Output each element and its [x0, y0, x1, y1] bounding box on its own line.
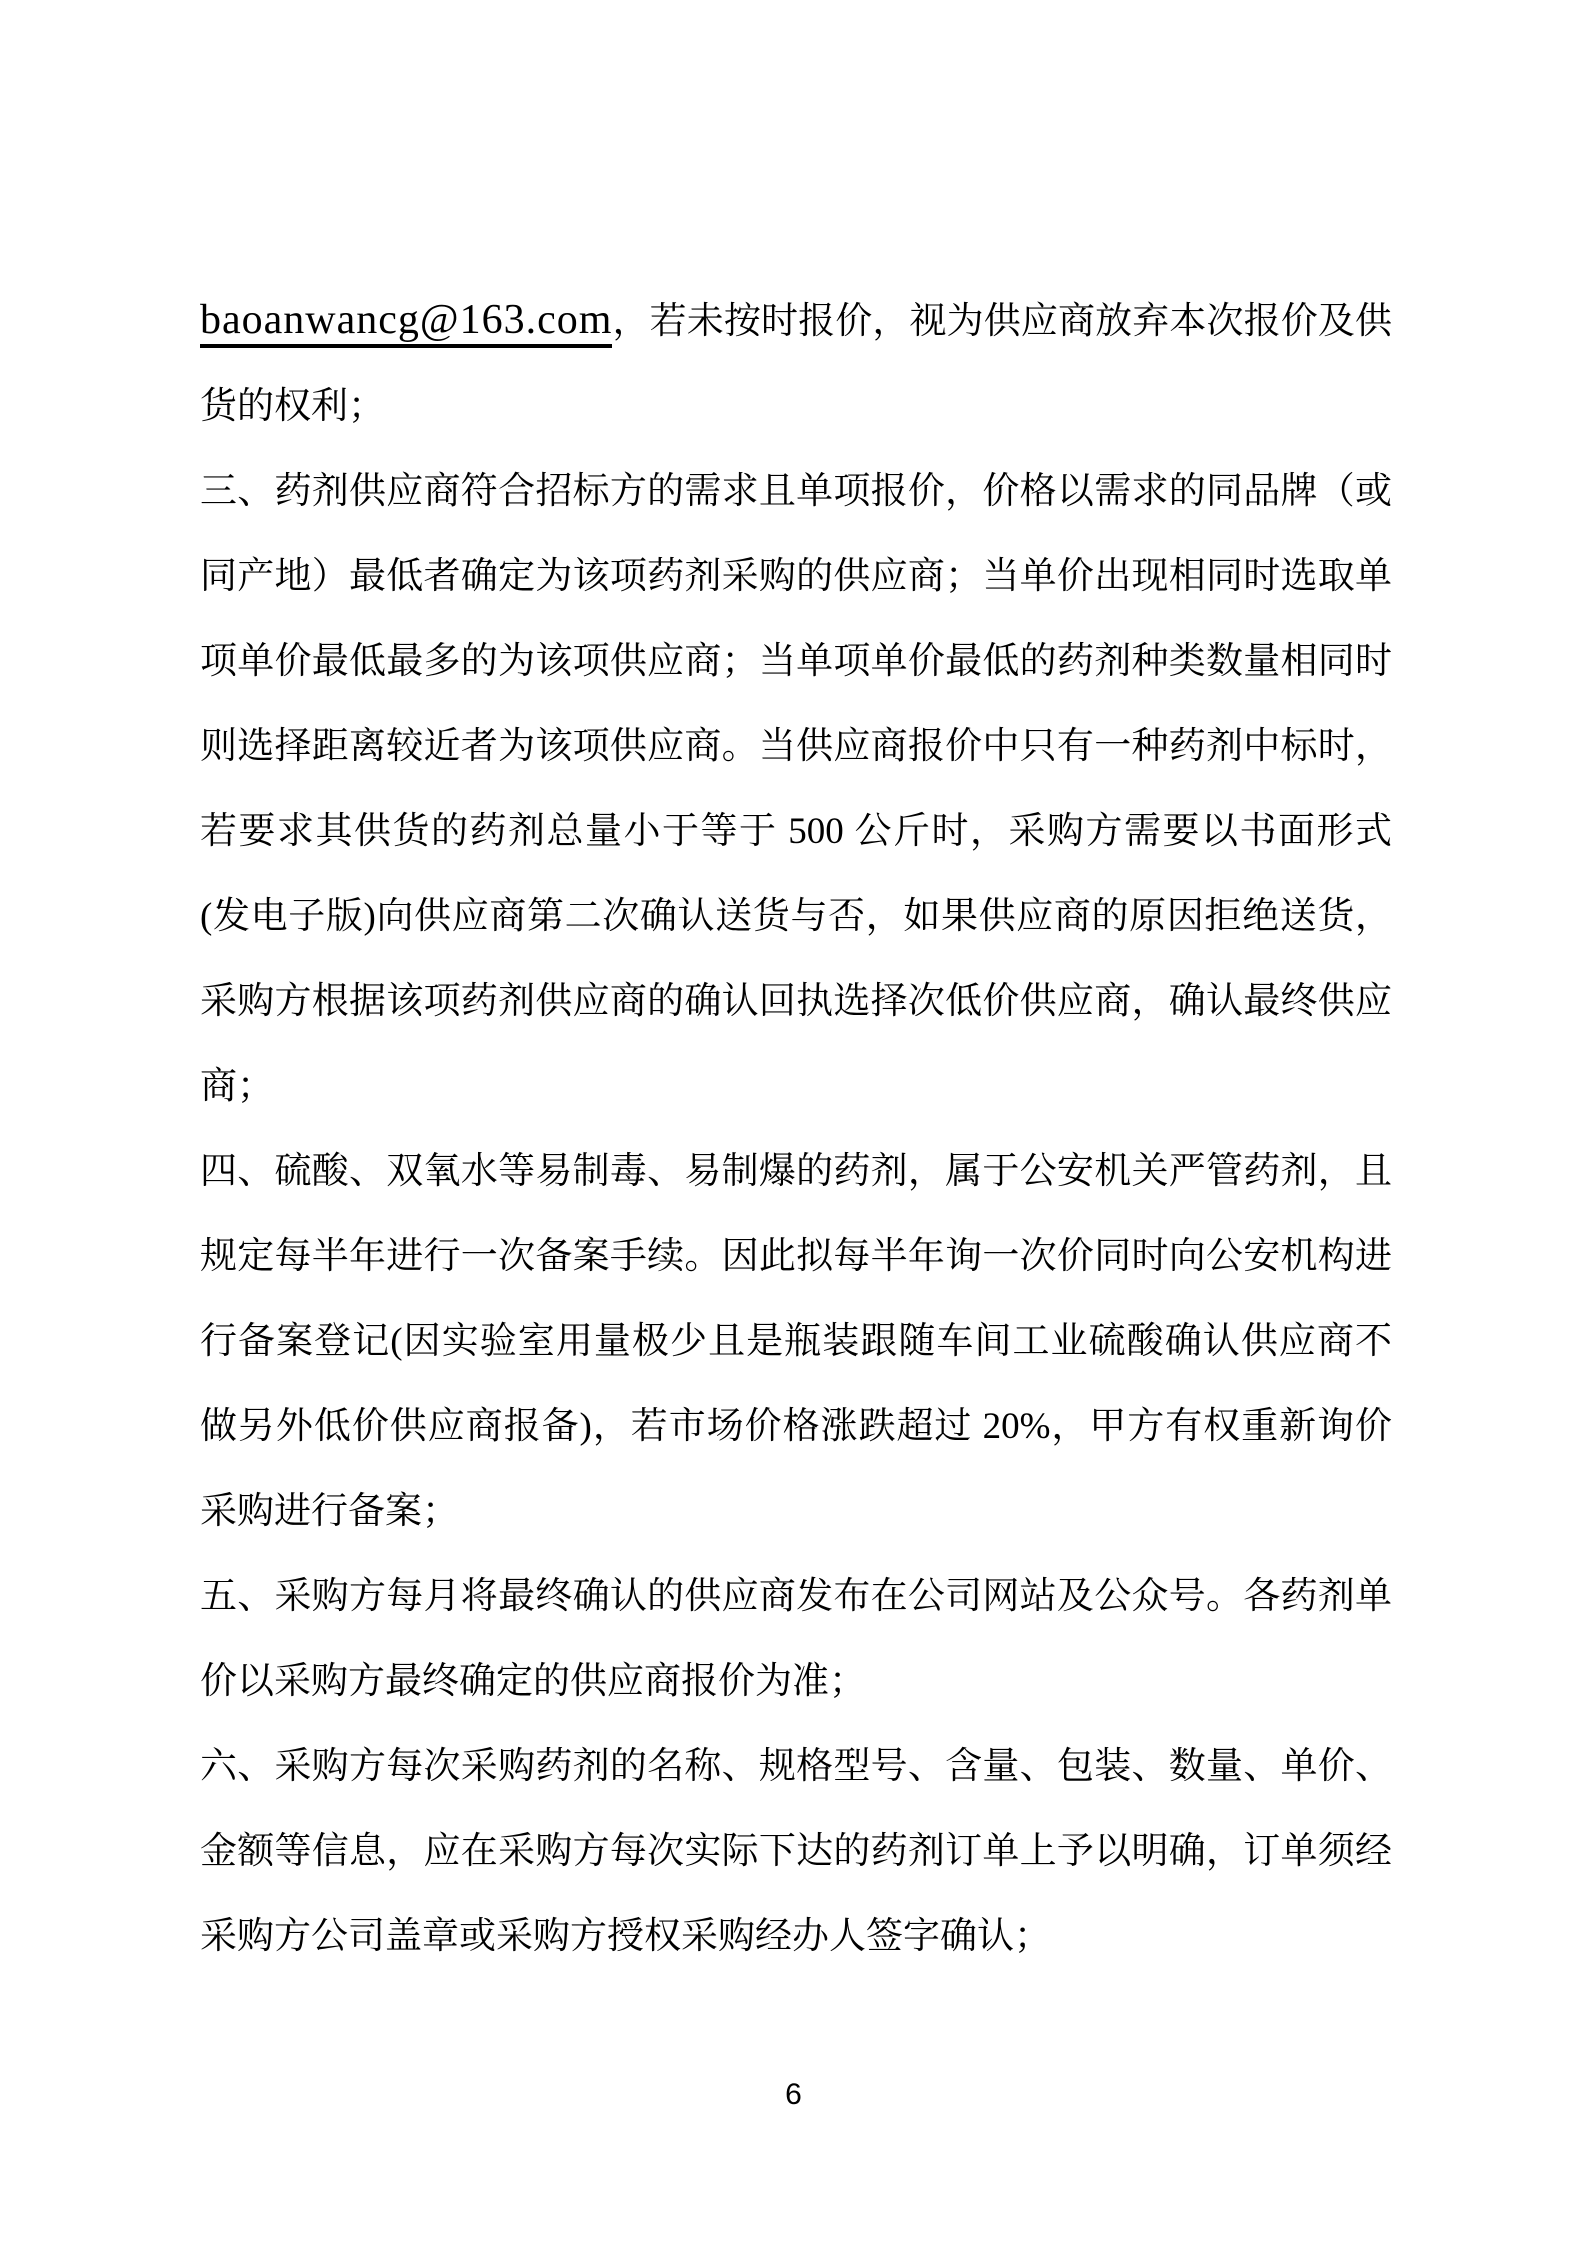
- doc-line: 价以采购方最终确定的供应商报价为准；: [200, 1639, 1392, 1724]
- email-link: baoanwancg@163.com: [200, 297, 612, 348]
- doc-line-text: ，若未按时报价，视为供应商放弃本次报价及供: [612, 301, 1392, 342]
- doc-line: 金额等信息，应在采购方每次实际下达的药剂订单上予以明确，订单须经: [200, 1809, 1392, 1894]
- doc-line: 四、硫酸、双氧水等易制毒、易制爆的药剂，属于公安机关严管药剂，且: [200, 1129, 1392, 1214]
- doc-line: 同产地）最低者确定为该项药剂采购的供应商；当单价出现相同时选取单: [200, 534, 1392, 619]
- doc-line: 采购方根据该项药剂供应商的确认回执选择次低价供应商，确认最终供应: [200, 959, 1392, 1044]
- doc-line: 三、药剂供应商符合招标方的需求且单项报价，价格以需求的同品牌（或: [200, 449, 1392, 534]
- doc-line: 货的权利；: [200, 364, 1392, 449]
- doc-line: 规定每半年进行一次备案手续。因此拟每半年询一次价同时向公安机构进: [200, 1214, 1392, 1299]
- doc-line: 若要求其供货的药剂总量小于等于 500 公斤时，采购方需要以书面形式: [200, 789, 1392, 874]
- doc-line: 采购进行备案；: [200, 1469, 1392, 1554]
- page-number: 6: [0, 2078, 1587, 2112]
- doc-line: 行备案登记(因实验室用量极少且是瓶装跟随车间工业硫酸确认供应商不: [200, 1299, 1392, 1384]
- doc-line: 商；: [200, 1044, 1392, 1129]
- doc-line: 采购方公司盖章或采购方授权采购经办人签字确认；: [200, 1894, 1392, 1979]
- doc-line: baoanwancg@163.com，若未按时报价，视为供应商放弃本次报价及供: [200, 278, 1392, 364]
- document-body: baoanwancg@163.com，若未按时报价，视为供应商放弃本次报价及供 …: [200, 278, 1392, 1979]
- document-page: baoanwancg@163.com，若未按时报价，视为供应商放弃本次报价及供 …: [0, 0, 1587, 2245]
- doc-line: 五、采购方每月将最终确认的供应商发布在公司网站及公众号。各药剂单: [200, 1554, 1392, 1639]
- doc-line: (发电子版)向供应商第二次确认送货与否，如果供应商的原因拒绝送货，: [200, 874, 1392, 959]
- doc-line: 则选择距离较近者为该项供应商。当供应商报价中只有一种药剂中标时，: [200, 704, 1392, 789]
- doc-line: 做另外低价供应商报备)，若市场价格涨跌超过 20%，甲方有权重新询价: [200, 1384, 1392, 1469]
- doc-line: 项单价最低最多的为该项供应商；当单项单价最低的药剂种类数量相同时: [200, 619, 1392, 704]
- doc-line: 六、采购方每次采购药剂的名称、规格型号、含量、包装、数量、单价、: [200, 1724, 1392, 1809]
